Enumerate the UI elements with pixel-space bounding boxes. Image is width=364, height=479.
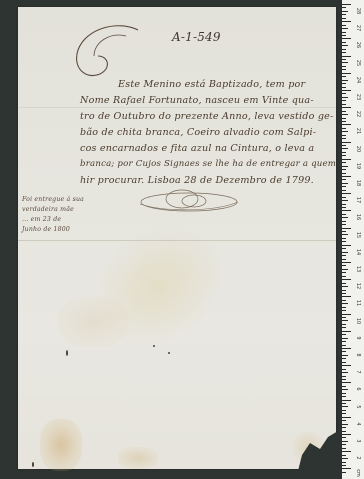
ruler-label: 15 bbox=[355, 230, 361, 240]
ruler-label: 3 bbox=[355, 436, 361, 446]
margin-note-line: ... em 23 de bbox=[22, 216, 61, 224]
scan-stage: A-1-549 Este Menino está Baptizado, tem … bbox=[0, 0, 364, 479]
ruler-tick bbox=[342, 7, 346, 8]
ruler-tick bbox=[342, 128, 346, 129]
ruler-label: 23 bbox=[355, 92, 361, 102]
ruler-tick bbox=[342, 331, 351, 332]
ruler-tick bbox=[342, 176, 351, 177]
ruler-tick bbox=[342, 431, 346, 432]
ruler-tick bbox=[342, 386, 346, 387]
ruler-tick bbox=[342, 437, 346, 438]
ruler-tick bbox=[342, 310, 346, 311]
ruler-tick bbox=[342, 28, 348, 29]
ruler-tick bbox=[342, 142, 351, 143]
ruler-tick bbox=[342, 420, 346, 421]
ruler-tick bbox=[342, 45, 348, 46]
ruler-label: 22 bbox=[355, 109, 361, 119]
ruler-label: 20 bbox=[355, 144, 361, 154]
ruler-tick bbox=[342, 410, 346, 411]
text-line: Este Menino está Baptizado, tem por bbox=[118, 78, 305, 91]
ruler-tick bbox=[342, 80, 348, 81]
ruler-label: 6 bbox=[355, 384, 361, 394]
ink-speck bbox=[168, 352, 170, 354]
ruler-tick bbox=[342, 403, 346, 404]
ruler-tick bbox=[342, 372, 348, 373]
ruler-tick bbox=[342, 458, 348, 459]
ruler-label: 7 bbox=[355, 367, 361, 377]
ruler-tick bbox=[342, 183, 348, 184]
ruler-tick bbox=[342, 406, 348, 407]
ruler-tick bbox=[342, 14, 346, 15]
ruler-tick bbox=[342, 104, 346, 105]
ruler-tick bbox=[342, 272, 346, 273]
ruler-tick bbox=[342, 417, 351, 418]
ruler-tick bbox=[342, 190, 346, 191]
ruler-tick bbox=[342, 186, 346, 187]
ruler-tick bbox=[342, 138, 346, 139]
text-line: branca; por Cujos Signaes se lhe ha de e… bbox=[80, 158, 364, 171]
water-stain bbox=[58, 297, 128, 347]
ruler-tick bbox=[342, 214, 346, 215]
ruler-tick bbox=[342, 252, 348, 253]
ruler-tick bbox=[342, 131, 348, 132]
ruler-tick bbox=[342, 396, 346, 397]
ruler-tick bbox=[342, 197, 346, 198]
ruler-tick bbox=[342, 341, 346, 342]
ruler-tick bbox=[342, 224, 346, 225]
ruler-tick bbox=[342, 241, 346, 242]
ruler-tick bbox=[342, 217, 348, 218]
ruler-tick bbox=[342, 56, 351, 57]
manuscript-page bbox=[18, 7, 336, 469]
ruler-tick bbox=[342, 317, 346, 318]
ruler-tick bbox=[342, 38, 351, 39]
margin-note-line: Junho de 1800 bbox=[22, 226, 70, 234]
ruler-tick bbox=[342, 427, 346, 428]
ruler-label: 17 bbox=[355, 195, 361, 205]
ruler-label: 8 bbox=[355, 350, 361, 360]
fold-line bbox=[18, 107, 336, 108]
ruler-tick bbox=[342, 107, 351, 108]
ruler-tick bbox=[342, 245, 351, 246]
ruler-tick bbox=[342, 269, 348, 270]
ruler-label: 5 bbox=[355, 402, 361, 412]
ruler-label: 12 bbox=[355, 281, 361, 291]
ruler-tick bbox=[342, 11, 348, 12]
ruler-tick bbox=[342, 204, 346, 205]
margin-note-line: Foi entregue á sua bbox=[22, 196, 84, 204]
ruler-tick bbox=[342, 334, 346, 335]
ruler-tick bbox=[342, 327, 346, 328]
ruler-tick bbox=[342, 365, 351, 366]
ruler-tick bbox=[342, 276, 346, 277]
ruler-label: 18 bbox=[355, 178, 361, 188]
ruler-tick bbox=[342, 441, 348, 442]
ruler-tick bbox=[342, 207, 346, 208]
ruler-tick bbox=[342, 21, 351, 22]
ruler-tick bbox=[342, 362, 346, 363]
ruler-tick bbox=[342, 283, 346, 284]
ruler-label: 10 bbox=[355, 316, 361, 326]
ruler-tick bbox=[342, 49, 346, 50]
ruler-label: 26 bbox=[355, 40, 361, 50]
ruler-tick bbox=[342, 448, 346, 449]
ruler-tick bbox=[342, 424, 348, 425]
ruler-label: 24 bbox=[355, 75, 361, 85]
ruler-tick bbox=[342, 32, 346, 33]
ink-speck bbox=[32, 462, 34, 467]
ruler-tick bbox=[342, 265, 346, 266]
ruler-tick bbox=[342, 124, 351, 125]
ruler-tick bbox=[342, 393, 346, 394]
ruler-tick bbox=[342, 76, 346, 77]
ruler-label: 19 bbox=[355, 161, 361, 171]
ruler-tick bbox=[342, 35, 346, 36]
ruler-tick bbox=[342, 162, 346, 163]
ruler-tick bbox=[342, 293, 346, 294]
ruler-tick bbox=[342, 69, 346, 70]
ruler-tick bbox=[342, 355, 348, 356]
ruler-tick bbox=[342, 221, 346, 222]
ruler-tick bbox=[342, 462, 346, 463]
ruler-tick bbox=[342, 166, 348, 167]
ruler-tick bbox=[342, 231, 346, 232]
ruler-tick bbox=[342, 472, 346, 473]
ruler-tick bbox=[342, 100, 346, 101]
ruler-tick bbox=[342, 248, 346, 249]
ruler-label: 27 bbox=[355, 23, 361, 33]
ruler-tick bbox=[342, 210, 351, 211]
ruler-tick bbox=[342, 121, 346, 122]
ruler-tick bbox=[342, 382, 351, 383]
ruler-tick bbox=[342, 255, 346, 256]
ruler-tick bbox=[342, 169, 346, 170]
ruler-label: 11 bbox=[355, 298, 361, 308]
margin-note-line: verdadeira mãe bbox=[22, 206, 74, 214]
ruler-tick bbox=[342, 379, 346, 380]
ruler-tick bbox=[342, 135, 346, 136]
ruler-tick bbox=[342, 434, 351, 435]
ruler-tick bbox=[342, 451, 351, 452]
ruler-tick bbox=[342, 413, 346, 414]
ruler-tick bbox=[342, 87, 346, 88]
signature-rubric-icon bbox=[134, 186, 244, 218]
ruler-tick bbox=[342, 234, 348, 235]
ruler-tick bbox=[342, 152, 346, 153]
reference-number: A-1-549 bbox=[172, 30, 221, 44]
ruler-tick bbox=[342, 93, 346, 94]
ruler-tick bbox=[342, 90, 351, 91]
ruler-tick bbox=[342, 83, 346, 84]
ruler-tick bbox=[342, 259, 346, 260]
text-line: tro de Outubro do prezente Anno, leva ve… bbox=[80, 110, 334, 123]
ruler-tick bbox=[342, 18, 346, 19]
ruler-tick bbox=[342, 262, 351, 263]
ruler-tick bbox=[342, 97, 348, 98]
ruler-tick bbox=[342, 314, 351, 315]
ruler-tick bbox=[342, 345, 346, 346]
ruler-label: 21 bbox=[355, 126, 361, 136]
ruler-label: 2 bbox=[355, 453, 361, 463]
ruler-tick bbox=[342, 155, 346, 156]
text-line: Nome Rafael Fortunato, nasceu em Vinte q… bbox=[80, 94, 314, 107]
ruler-label: 28 bbox=[355, 6, 361, 16]
ruler-tick bbox=[342, 238, 346, 239]
ruler-tick bbox=[342, 348, 351, 349]
ruler-tick bbox=[342, 59, 346, 60]
ruler-tick bbox=[342, 148, 348, 149]
ink-speck bbox=[153, 345, 155, 347]
ruler-label: 16 bbox=[355, 212, 361, 222]
ruler-tick bbox=[342, 389, 348, 390]
ruler-tick bbox=[342, 173, 346, 174]
ruler-label: 9 bbox=[355, 333, 361, 343]
ruler-tick bbox=[342, 303, 348, 304]
ruler-tick bbox=[342, 465, 346, 466]
ruler-tick bbox=[342, 455, 346, 456]
ruler-tick bbox=[342, 73, 351, 74]
ruler-tick bbox=[342, 468, 351, 469]
ruler-tick bbox=[342, 324, 346, 325]
ink-speck bbox=[66, 350, 68, 356]
ruler-tick bbox=[342, 376, 346, 377]
ruler-tick bbox=[342, 444, 346, 445]
text-line: bão de chita branca, Coeiro alvadio com … bbox=[80, 126, 316, 139]
ruler-tick bbox=[342, 52, 346, 53]
ruler-tick bbox=[342, 118, 346, 119]
ruler-tick bbox=[342, 193, 351, 194]
ruler-tick bbox=[342, 159, 351, 160]
ruler-tick bbox=[342, 145, 346, 146]
ruler-label: 25 bbox=[355, 58, 361, 68]
ruler-tick bbox=[342, 62, 348, 63]
ruler-tick bbox=[342, 279, 351, 280]
ruler-tick bbox=[342, 111, 346, 112]
ruler-label: 13 bbox=[355, 264, 361, 274]
ruler-tick bbox=[342, 320, 348, 321]
ruler-tick bbox=[342, 290, 346, 291]
text-line: cos encarnados e fita azul na Cintura, o… bbox=[80, 142, 314, 155]
ruler-label: 4 bbox=[355, 419, 361, 429]
ruler-tick bbox=[342, 307, 346, 308]
ruler-tick bbox=[342, 25, 346, 26]
ruler-label: 14 bbox=[355, 247, 361, 257]
ruler-tick bbox=[342, 358, 346, 359]
ruler-tick bbox=[342, 400, 351, 401]
ruler-tick bbox=[342, 200, 348, 201]
measuring-ruler: cm 2827262524232221201918171615141312111… bbox=[342, 0, 364, 479]
water-stain bbox=[40, 419, 82, 471]
ruler-unit: cm bbox=[355, 469, 361, 477]
ruler-tick bbox=[342, 179, 346, 180]
ruler-tick bbox=[342, 369, 346, 370]
ruler-tick bbox=[342, 42, 346, 43]
ruler-tick bbox=[342, 296, 351, 297]
ruler-tick bbox=[342, 338, 348, 339]
ruler-tick bbox=[342, 228, 351, 229]
ruler-tick bbox=[342, 300, 346, 301]
water-stain bbox=[118, 447, 158, 469]
ruler-tick bbox=[342, 66, 346, 67]
ruler-tick bbox=[342, 286, 348, 287]
ruler-tick bbox=[342, 114, 348, 115]
ruler-tick bbox=[342, 351, 346, 352]
ruler-tick bbox=[342, 4, 351, 5]
